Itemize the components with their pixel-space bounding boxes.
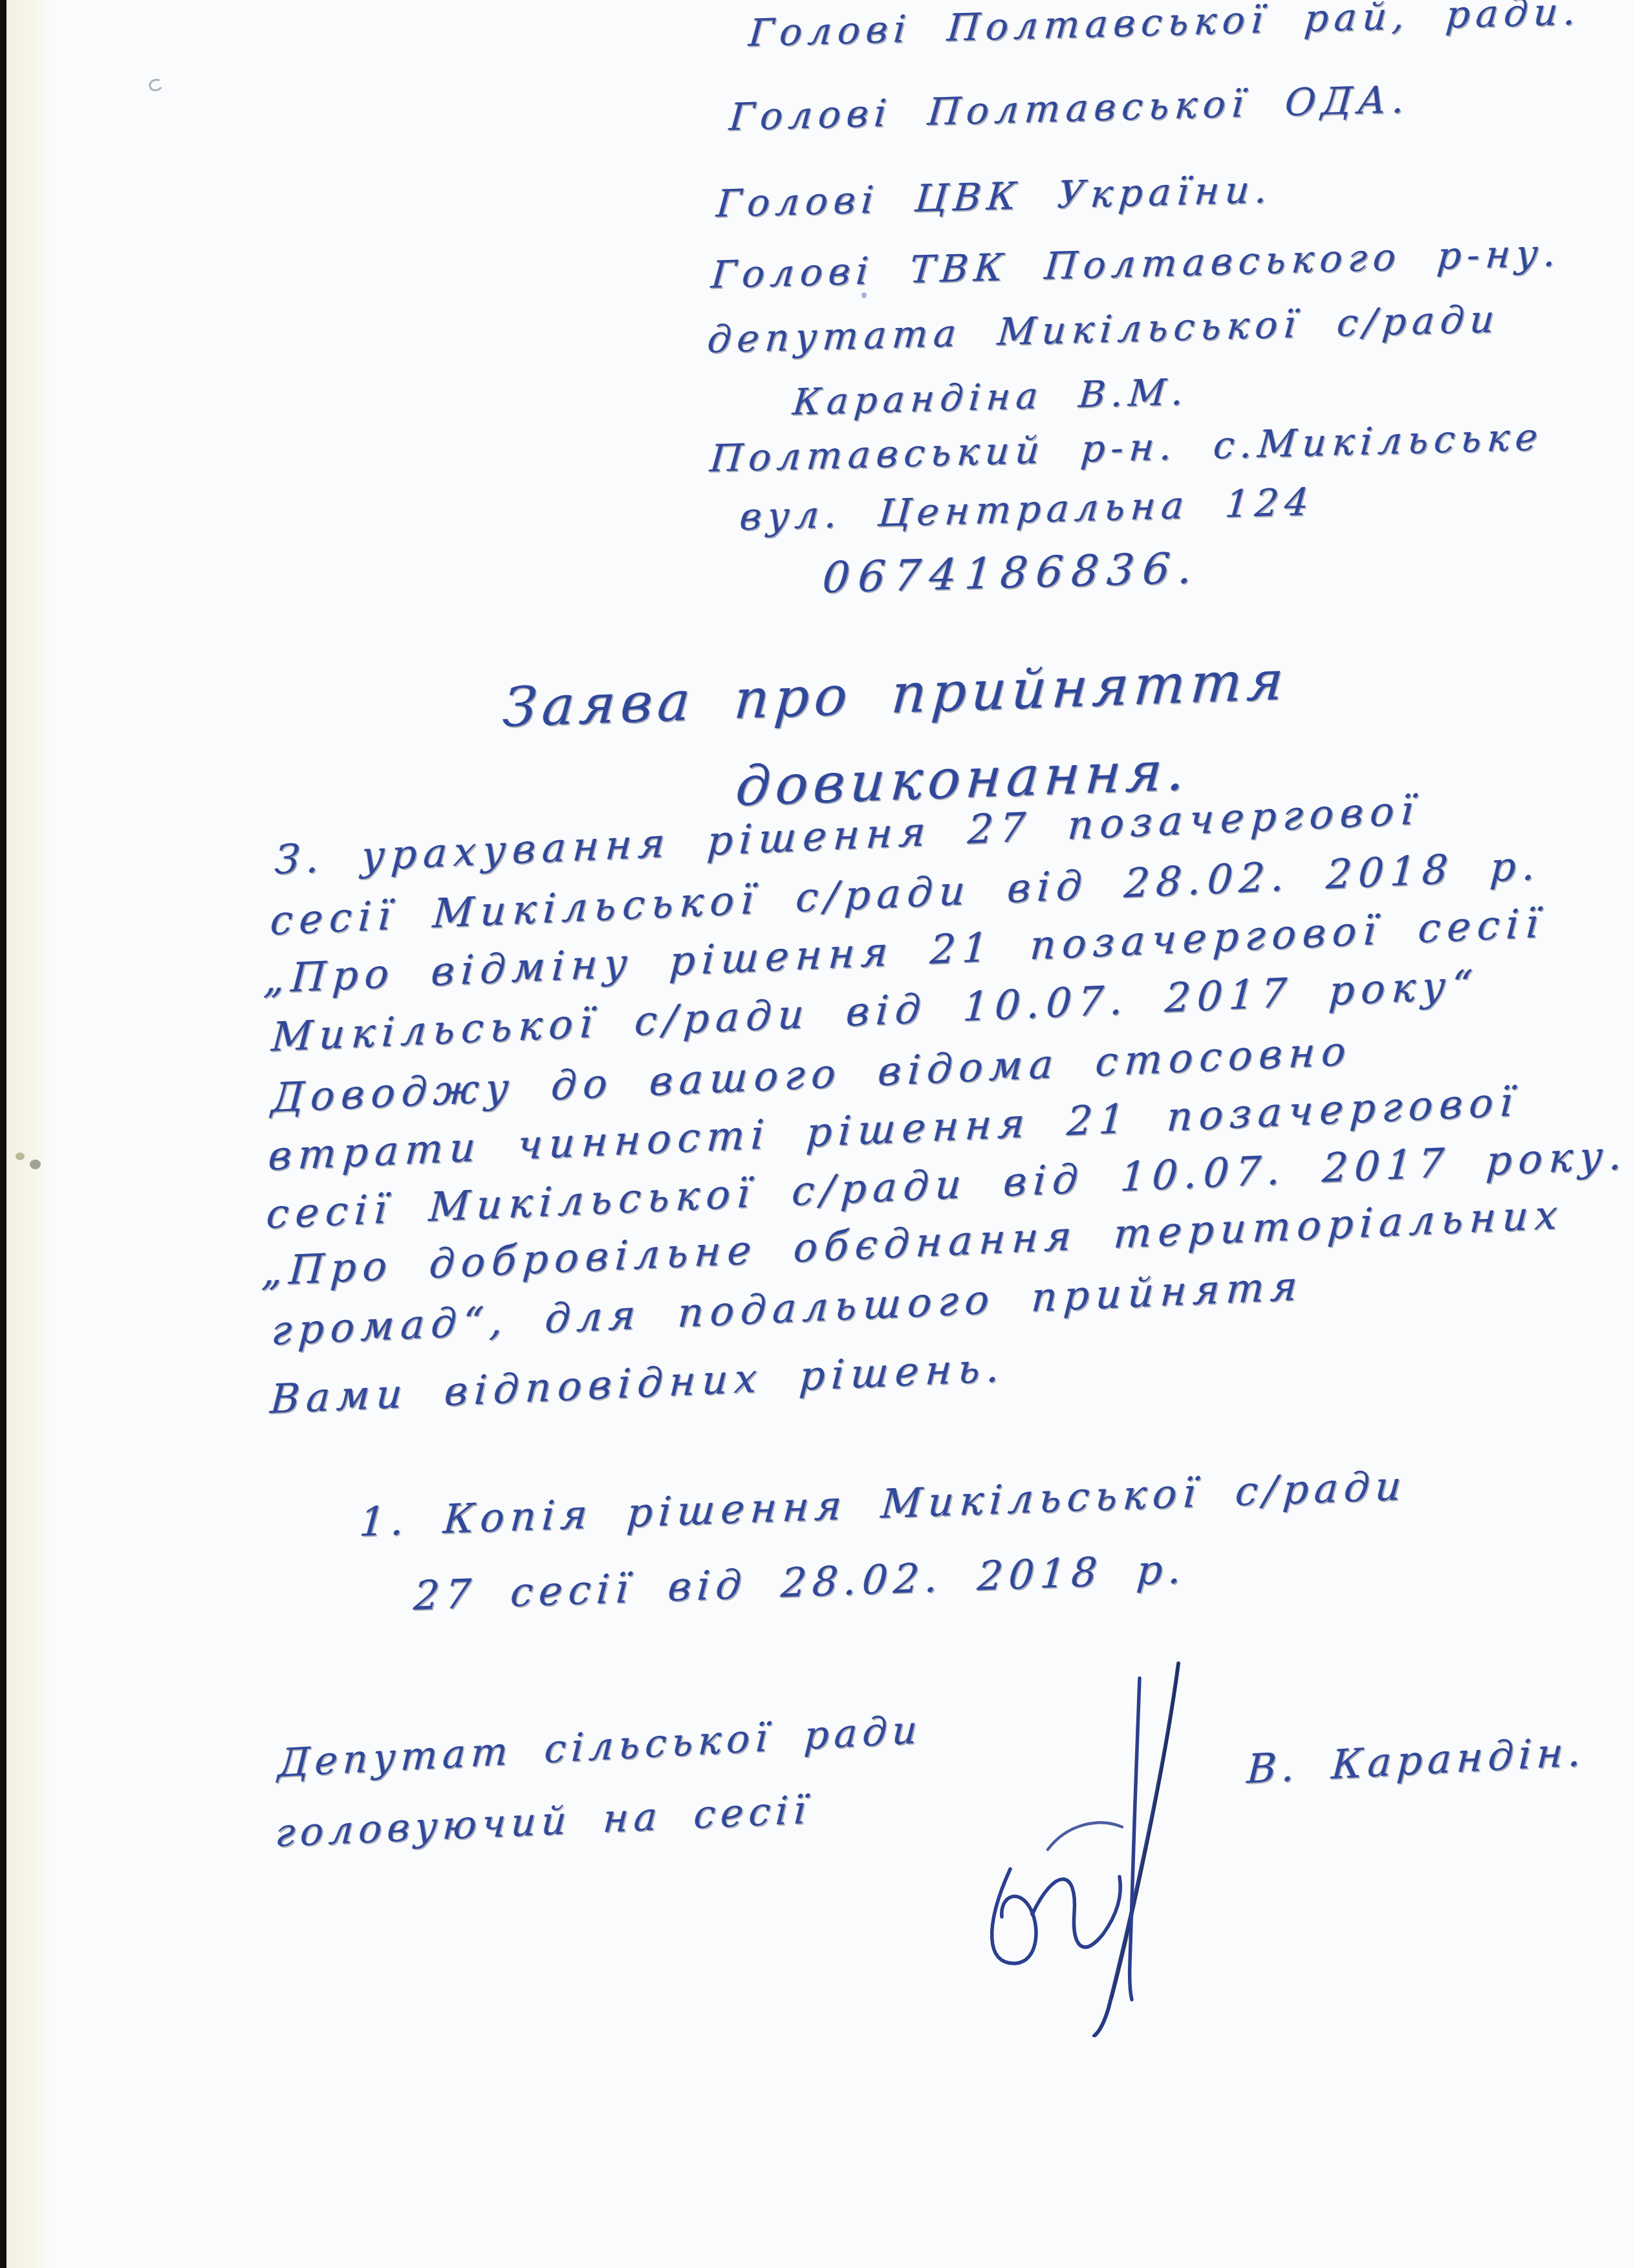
ink-dot	[861, 292, 867, 298]
addressee-line: Карандіна В.М.	[792, 373, 1191, 423]
signer-role-line: головуючий на сесії	[274, 1789, 812, 1855]
scanned-handwritten-letter: Голові Полтавської рай, ради. Голові Пол…	[0, 0, 1635, 2268]
body-line: Вами відповідних рішень.	[269, 1345, 1007, 1421]
pencil-mark	[147, 77, 164, 92]
scan-edge-strip	[0, 0, 6, 2268]
addressee-line: Голові ЦВК України.	[715, 169, 1274, 224]
paper-speck	[16, 1152, 25, 1160]
signature-scribble	[970, 1656, 1229, 2037]
signer-role-line: Депутат сільської ради	[277, 1709, 923, 1785]
addressee-line: Голові Полтавської рай, ради.	[747, 0, 1583, 54]
document-title-line: Заява про прийняття	[501, 650, 1291, 737]
phone-number: 0674186836.	[821, 545, 1202, 602]
addressee-line: Голові ТВК Полтавського р-ну.	[709, 233, 1563, 296]
attachment-line: 1. Копія рішення Микільської с/ради	[358, 1463, 1409, 1544]
signer-name: В. Карандін.	[1246, 1729, 1587, 1791]
addressee-line: вул. Центральна 124	[738, 482, 1316, 538]
scan-margin-strip	[6, 0, 50, 2268]
addressee-line: Голові Полтавської ОДА.	[728, 79, 1411, 138]
addressee-line: депутата Микільської с/ради	[706, 299, 1501, 361]
paper-speck	[30, 1160, 41, 1169]
addressee-line: Полтавський р-н. с.Микільське	[708, 416, 1544, 480]
attachment-line: 27 сесії від 28.02. 2018 р.	[413, 1547, 1189, 1618]
